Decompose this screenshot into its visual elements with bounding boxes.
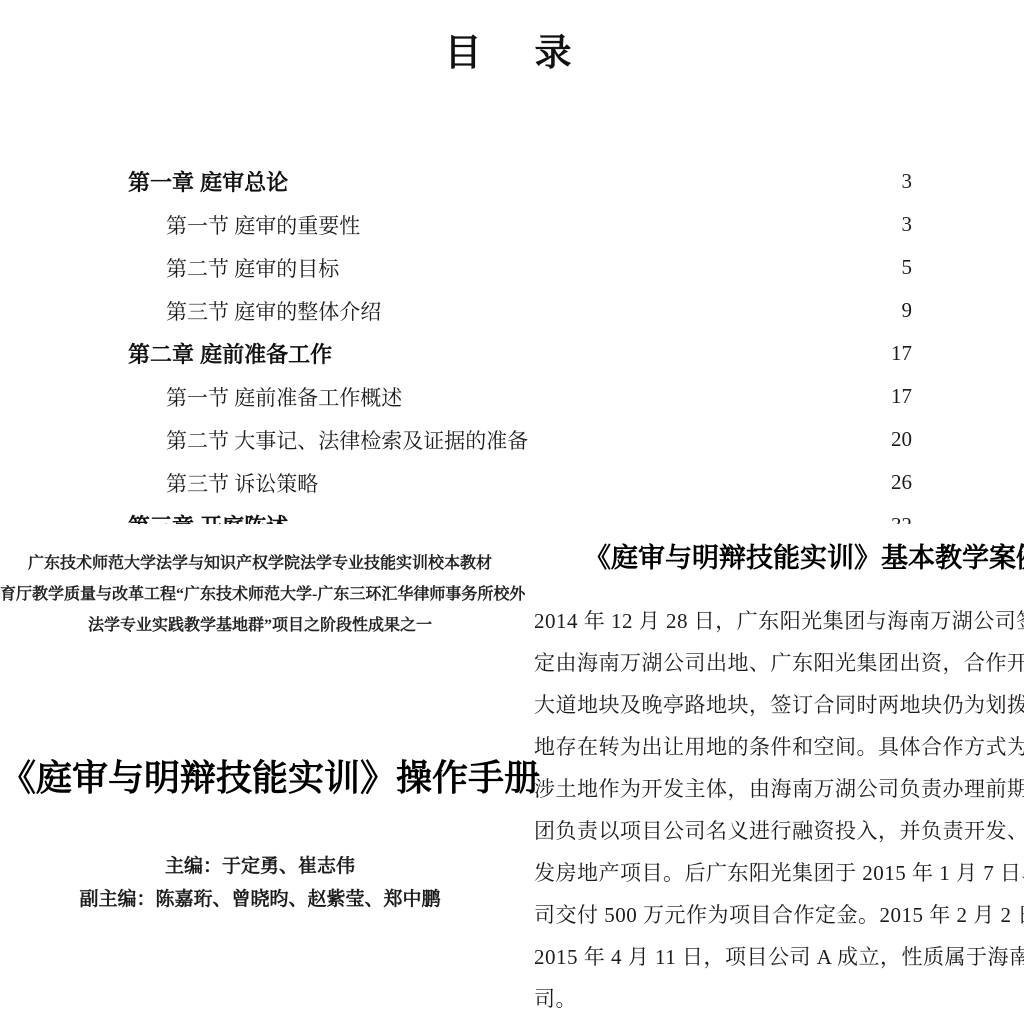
toc-entry-page-number: 5 (902, 255, 913, 280)
case-study-paragraph: 2014 年 12 月 28 日，广东阳光集团与海南万湖公司签定由海南万湖公司出… (534, 600, 1024, 1020)
case-study-heading: 《庭审与明辩技能实训》基本教学案例 (584, 536, 1024, 575)
toc-entry-page-number: 17 (891, 384, 912, 409)
toc-entry-label: 第三节 庭审的整体介绍 (128, 296, 381, 326)
case-study-text-line: 2014 年 12 月 28 日，广东阳光集团与海南万湖公司签 (534, 600, 1024, 642)
toc-entry-label: 第二节 大事记、法律检索及证据的准备 (128, 425, 528, 455)
toc-entry-label: 第一节 庭审的重要性 (128, 210, 360, 240)
case-study-text-line: 司交付 500 万元作为项目合作定金。2015 年 2 月 2 日，由 (534, 894, 1024, 936)
toc-entry: 第二节 庭审的目标 5 (128, 246, 912, 289)
series-note-line: 育厅教学质量与改革工程“广东技术师范大学-广东三环汇华律师事务所校外 (0, 579, 520, 610)
toc-entry-page-number: 3 (902, 169, 913, 194)
case-study-text-line: 司。 (534, 978, 1024, 1020)
toc-entry: 第一节 庭前准备工作概述 17 (128, 375, 912, 418)
series-note-line: 法学专业实践教学基地群”项目之阶段性成果之一 (0, 610, 520, 641)
book-title: 《庭审与明辩技能实训》操作手册 (0, 750, 520, 801)
case-study-text-line: 定由海南万湖公司出地、广东阳光集团出资，合作开发海 (534, 642, 1024, 684)
toc-entry-page-number: 26 (891, 470, 912, 495)
toc-entry-label: 第二节 庭审的目标 (128, 253, 339, 283)
toc-entry: 第一节 庭审的重要性 3 (128, 203, 912, 246)
chief-editors-line: 主编：于定勇、崔志伟 (0, 850, 520, 883)
series-note-line: 广东技术师范大学法学与知识产权学院法学专业技能实训校本教材 (0, 548, 520, 579)
editors-block: 主编：于定勇、崔志伟 副主编：陈嘉珩、曾晓昀、赵紫莹、郑中鹏 (0, 850, 520, 916)
case-study-text-line: 地存在转为出让用地的条件和空间。具体合作方式为拟通 (534, 726, 1024, 768)
toc-entry-page-number: 20 (891, 427, 912, 452)
toc-entry-label: 第一节 庭前准备工作概述 (128, 382, 402, 412)
series-note: 广东技术师范大学法学与知识产权学院法学专业技能实训校本教材育厅教学质量与改革工程… (0, 548, 520, 641)
toc-entry-label: 第二章 庭前准备工作 (128, 338, 332, 369)
toc-section: 目 录 第一章 庭审总论 3 第一节 庭审的重要性 3 第二节 庭审的目标 5 … (0, 0, 1024, 524)
toc-entry-page-number: 32 (891, 513, 912, 524)
case-study-text-line: 2015 年 4 月 11 日，项目公司 A 成立，性质属于海南万湖 (534, 936, 1024, 978)
toc-entry-label: 第一章 庭审总论 (128, 166, 288, 197)
toc-entry: 第一章 庭审总论 3 (128, 160, 912, 203)
toc-entry: 第三节 庭审的整体介绍 9 (128, 289, 912, 332)
case-study-text-line: 团负责以项目公司名义进行融资投入，并负责开发、建设 (534, 810, 1024, 852)
toc-title: 目 录 (0, 22, 1024, 76)
toc-list: 第一章 庭审总论 3 第一节 庭审的重要性 3 第二节 庭审的目标 5 第三节 … (128, 160, 912, 524)
toc-entry: 第二章 庭前准备工作 17 (128, 332, 912, 375)
deputy-editors-line: 副主编：陈嘉珩、曾晓昀、赵紫莹、郑中鹏 (0, 883, 520, 916)
toc-entry-label: 第三节 诉讼策略 (128, 468, 318, 498)
case-study-section: 《庭审与明辩技能实训》基本教学案例 2014 年 12 月 28 日，广东阳光集… (532, 530, 1024, 1024)
case-study-text-line: 大道地块及晚亭路地块，签订合同时两地块仍为划拨用地 (534, 684, 1024, 726)
toc-entry-page-number: 3 (902, 212, 913, 237)
toc-entry-page-number: 17 (891, 341, 912, 366)
case-study-text-line: 发房地产项目。后广东阳光集团于 2015 年 1 月 7 日、2 月 (534, 852, 1024, 894)
toc-entry: 第三章 开庭陈述 32 (128, 504, 912, 524)
toc-entry-page-number: 9 (902, 298, 913, 323)
toc-entry-label: 第三章 开庭陈述 (128, 510, 288, 524)
case-study-text-line: 涉土地作为开发主体，由海南万湖公司负责办理前期土地 (534, 768, 1024, 810)
toc-entry: 第三节 诉讼策略 26 (128, 461, 912, 504)
document-page: 目 录 第一章 庭审总论 3 第一节 庭审的重要性 3 第二节 庭审的目标 5 … (0, 0, 1024, 1024)
toc-entry: 第二节 大事记、法律检索及证据的准备 20 (128, 418, 912, 461)
